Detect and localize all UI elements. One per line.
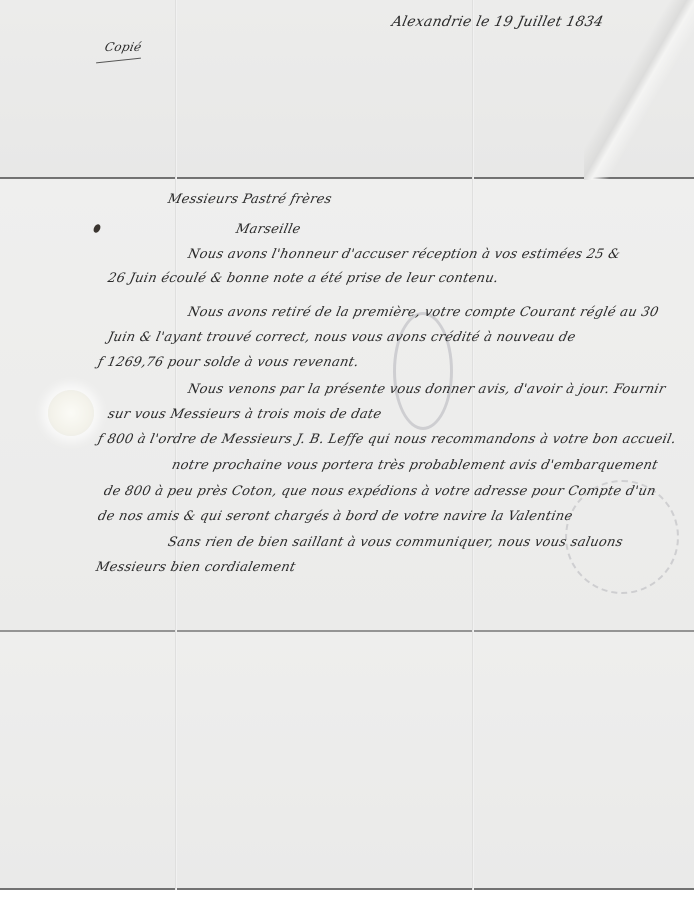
- dateline: Alexandrie le 19 Juillet 1834: [390, 14, 605, 30]
- body-line: de nos amis & qui seront chargés à bord …: [96, 509, 574, 524]
- body-line: 26 Juin écoulé & bonne note a été prise …: [106, 271, 500, 286]
- body-line: Nous avons l'honneur d'accuser réception…: [186, 247, 621, 262]
- body-line: ƒ 1269,76 pour solde à vous revenant.: [96, 355, 360, 370]
- wax-seal-impression: [48, 390, 94, 436]
- body-line: ƒ 800 à l'ordre de Messieurs J. B. Leffe…: [96, 432, 677, 447]
- body-line: sur vous Messieurs à trois mois de date: [106, 407, 383, 422]
- body-line: Nous avons retiré de la première, votre …: [186, 305, 660, 320]
- body-line: Sans rien de bien saillant à vous commun…: [166, 535, 624, 550]
- destination: Marseille: [234, 222, 302, 237]
- bottom-edge: [0, 888, 694, 890]
- body-line: Nous venons par la présente vous donner …: [186, 382, 667, 397]
- fold-panel-bottom: [0, 630, 694, 890]
- letter-sheet: Copié Alexandrie le 19 Juillet 1834 Mess…: [0, 0, 694, 890]
- body-line: Juin & l'ayant trouvé correct, nous vous…: [106, 330, 577, 345]
- closing-line: Messieurs bien cordialement: [94, 560, 297, 575]
- copy-annotation: Copié: [104, 40, 144, 54]
- body-line: notre prochaine vous portera très probab…: [170, 458, 659, 473]
- horizontal-fold-line: [0, 630, 694, 632]
- body-line: de 800 à peu près Coton, que nous expédi…: [102, 484, 657, 499]
- salutation: Messieurs Pastré frères: [166, 192, 333, 207]
